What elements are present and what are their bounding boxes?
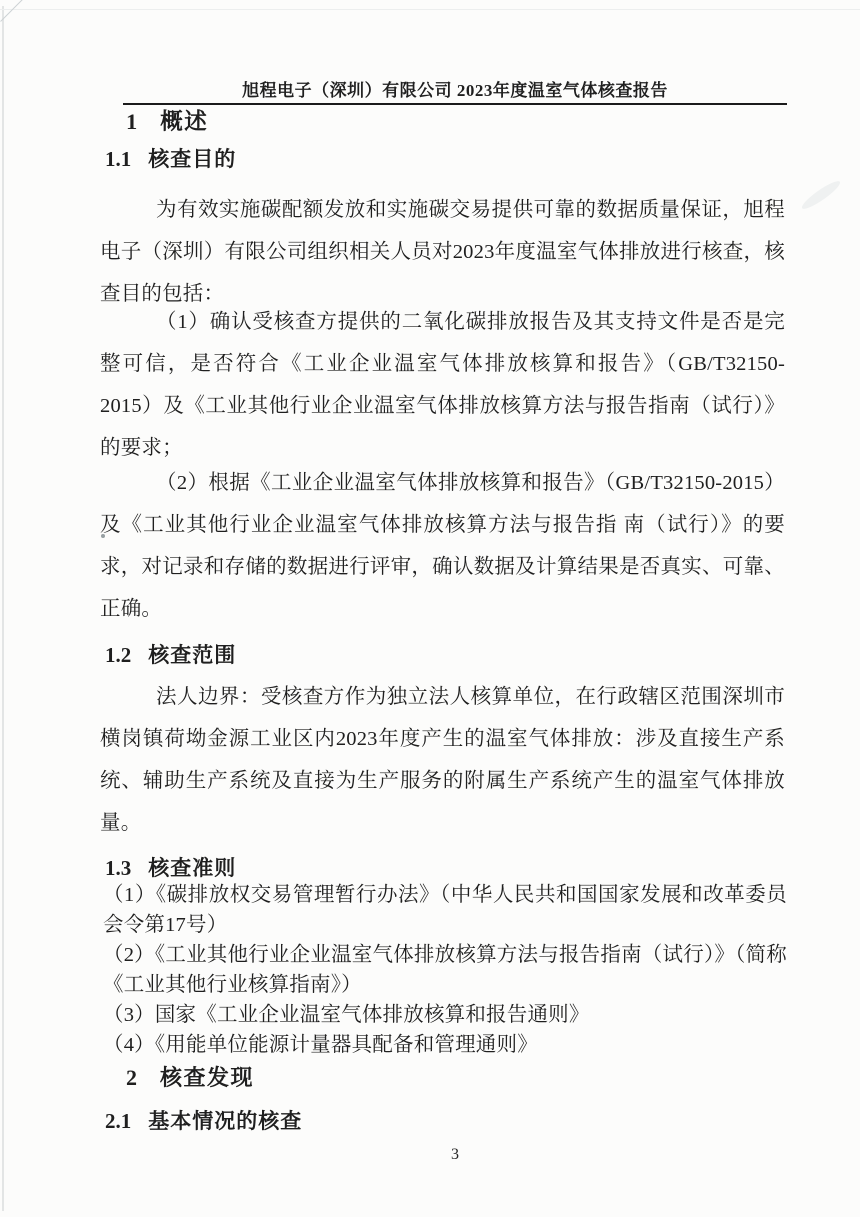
- criteria-item: （1）《碳排放权交易管理暂行办法》（中华人民共和国国家发展和改革委员会令第17号…: [103, 880, 787, 940]
- document-page: 旭程电子（深圳）有限公司 2023年度温室气体核查报告 1概述 1.1核查目的 …: [0, 0, 860, 1217]
- heading-1-2-number: 1.2: [105, 643, 131, 667]
- running-header-title: 旭程电子（深圳）有限公司 2023年度温室气体核查报告: [242, 81, 668, 100]
- paragraph-purpose-intro: 为有效实施碳配额发放和实施碳交易提供可靠的数据质量保证，旭程电子（深圳）有限公司…: [100, 189, 785, 315]
- paragraph-scope: 法人边界：受核查方作为独立法人核算单位，在行政辖区范围深圳市横岗镇荷坳金源工业区…: [100, 676, 785, 844]
- scan-edge-left: [2, 6, 4, 1211]
- heading-1-1-number: 1.1: [105, 147, 131, 171]
- heading-2-title: 核查发现: [160, 1065, 254, 1090]
- heading-1-2-title: 核查范围: [148, 643, 236, 667]
- heading-1-1-purpose: 1.1核查目的: [105, 146, 236, 172]
- paragraph-purpose-item1: （1）确认受核查方提供的二氧化碳排放报告及其支持文件是否是完整可信，是否符合《工…: [100, 301, 785, 469]
- scan-smudge: [799, 178, 842, 213]
- paragraph-purpose-item2: （2）根据《工业企业温室气体排放核算和报告》（GB/T32150-2015）及《…: [100, 462, 785, 630]
- criteria-item: （4）《用能单位能源计量器具配备和管理通则》: [103, 1030, 787, 1060]
- criteria-item: （3）国家《工业企业温室气体排放核算和报告通则》: [103, 1000, 787, 1030]
- heading-1-3-criteria: 1.3核查准则: [105, 855, 236, 881]
- heading-1-title: 概述: [160, 109, 208, 134]
- heading-2-1-number: 2.1: [105, 1109, 131, 1133]
- heading-1-overview: 1概述: [126, 108, 208, 136]
- heading-2-number: 2: [126, 1065, 137, 1090]
- heading-1-2-scope: 1.2核查范围: [105, 642, 236, 668]
- heading-1-number: 1: [126, 109, 137, 134]
- running-header: 旭程电子（深圳）有限公司 2023年度温室气体核查报告: [123, 80, 787, 105]
- heading-2-findings: 2核查发现: [126, 1064, 254, 1092]
- heading-1-3-title: 核查准则: [148, 856, 236, 880]
- heading-2-1-basic-info: 2.1基本情况的核查: [105, 1108, 302, 1134]
- heading-1-1-title: 核查目的: [148, 147, 236, 171]
- heading-2-1-title: 基本情况的核查: [148, 1109, 302, 1133]
- heading-1-3-number: 1.3: [105, 856, 131, 880]
- page-number: 3: [123, 1146, 787, 1164]
- criteria-list: （1）《碳排放权交易管理暂行办法》（中华人民共和国国家发展和改革委员会令第17号…: [103, 880, 787, 1060]
- criteria-item: （2）《工业其他行业企业温室气体排放核算方法与报告指南（试行）》（简称《工业其他…: [103, 940, 787, 1000]
- scan-edge-top: [0, 9, 860, 10]
